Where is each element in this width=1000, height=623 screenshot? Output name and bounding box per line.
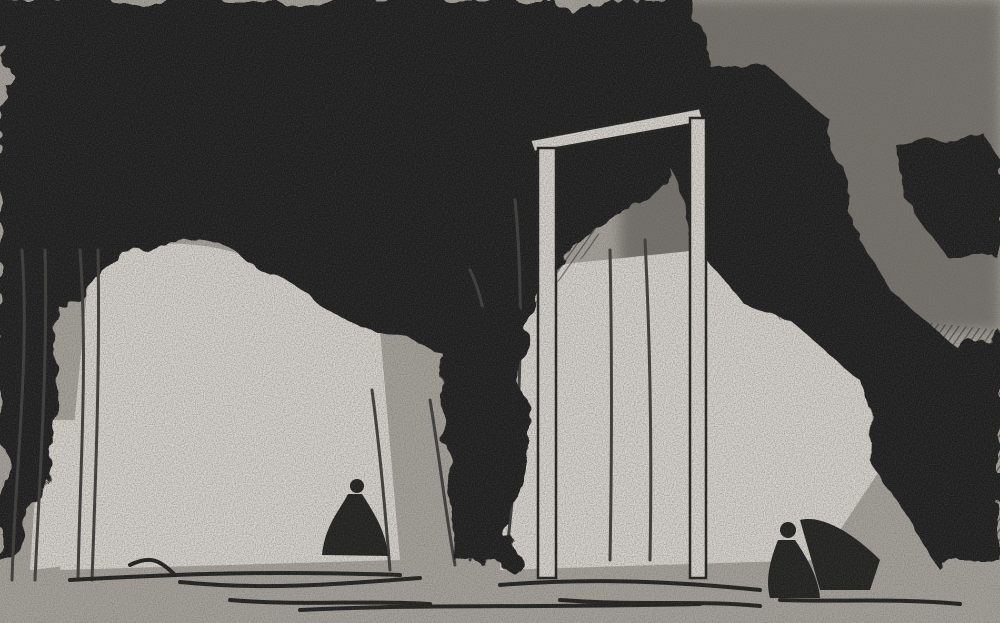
ink-grain-texture [0, 0, 1000, 623]
etching-artwork [0, 0, 1000, 623]
